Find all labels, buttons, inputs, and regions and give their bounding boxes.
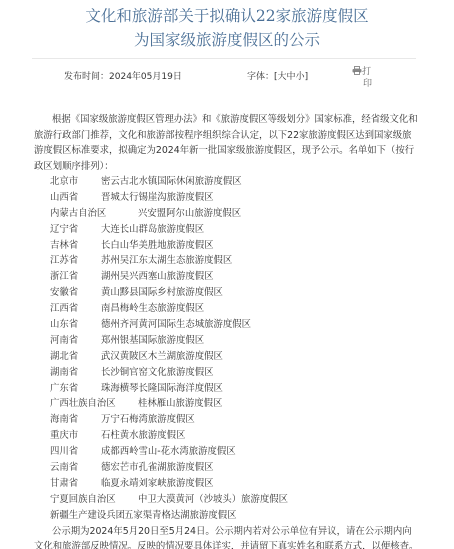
list-item: 吉林省长白山华美胜地旅游度假区 [50,238,420,254]
resort-name: 南昌梅岭生态旅游度假区 [101,303,204,314]
province: 安徽省 [50,285,101,301]
font-size-small-button[interactable]: 小 [296,72,305,82]
list-item: 甘肃省临夏永靖刘家峡旅游度假区 [50,476,420,492]
list-item: 山东省德州齐河黄河国际生态城旅游度假区 [50,317,420,333]
list-item: 云南省德宏芒市孔雀湖旅游度假区 [50,460,420,476]
province: 浙江省 [50,269,101,285]
province: 内蒙古自治区 [50,206,138,222]
list-item: 江苏省苏州吴江东太湖生态旅游度假区 [50,253,420,269]
printer-icon [352,66,362,75]
resort-name: 晋城太行锡崖沟旅游度假区 [101,192,214,203]
resort-name: 德州齐河黄河国际生态城旅游度假区 [101,319,251,330]
province: 吉林省 [50,238,101,254]
font-size-label: 字体： [247,72,274,82]
article-body: 根据《国家级旅游度假区管理办法》和《旅游度假区等级划分》国家标准，经省级文化和旅… [34,112,420,549]
bracket-close: ] [305,72,309,82]
resort-name: 郑州银基国际旅游度假区 [101,335,204,346]
province: 重庆市 [50,428,101,444]
list-item: 河南省郑州银基国际旅游度假区 [50,333,420,349]
list-item: 内蒙古自治区兴安盟阿尔山旅游度假区 [50,206,420,222]
province: 江苏省 [50,253,101,269]
resort-name: 万宁石梅湾旅游度假区 [101,414,195,425]
title-line-1: 文化和旅游部关于拟确认22家旅游度假区 [0,4,454,28]
list-item: 江西省南昌梅岭生态旅游度假区 [50,301,420,317]
list-item: 湖北省武汉黄陂区木兰湖旅游度假区 [50,349,420,365]
list-item: 安徽省黄山黟县国际乡村旅游度假区 [50,285,420,301]
publish-date-label: 发布时间： [64,72,109,82]
resort-name: 湖州吴兴西塞山旅游度假区 [101,271,214,282]
list-item: 宁夏回族自治区中卫大漠黄河（沙坡头）旅游度假区 [50,492,420,508]
print-label-2: 印 [363,79,372,89]
province: 广东省 [50,381,101,397]
province: 山东省 [50,317,101,333]
list-item: 湖南省长沙铜官窑文化旅游度假区 [50,365,420,381]
resort-name: 长白山华美胜地旅游度假区 [101,240,214,251]
list-item: 海南省万宁石梅湾旅游度假区 [50,412,420,428]
resort-name: 临夏永靖刘家峡旅游度假区 [101,478,214,489]
province: 新疆生产建设兵团 [50,508,124,524]
resort-name: 大连长山群岛旅游度假区 [101,224,204,235]
list-item: 广西壮族自治区桂林雁山旅游度假区 [50,396,420,412]
list-item: 辽宁省大连长山群岛旅游度假区 [50,222,420,238]
page-title: 文化和旅游部关于拟确认22家旅游度假区 为国家级旅游度假区的公示 [0,4,454,52]
province: 山西省 [50,190,101,206]
title-divider [32,58,416,59]
province: 河南省 [50,333,101,349]
title-line-2: 为国家级旅游度假区的公示 [0,28,454,52]
resort-name: 五家渠青格达湖旅游度假区 [124,510,237,521]
print-label-1: 打 [362,67,371,77]
province: 湖南省 [50,365,101,381]
list-item: 浙江省湖州吴兴西塞山旅游度假区 [50,269,420,285]
list-item: 山西省晋城太行锡崖沟旅游度假区 [50,190,420,206]
resort-name: 珠海横琴长隆国际海洋度假区 [101,383,223,394]
resort-name: 密云古北水镇国际休闲旅游度假区 [101,176,242,187]
province: 甘肃省 [50,476,101,492]
resort-name: 兴安盟阿尔山旅游度假区 [138,208,241,219]
font-size-medium-button[interactable]: 中 [287,72,296,82]
resort-name: 黄山黟县国际乡村旅游度假区 [101,287,223,298]
list-item: 重庆市石柱黄水旅游度假区 [50,428,420,444]
resort-name: 成都西岭雪山-花水湾旅游度假区 [101,446,236,457]
province: 海南省 [50,412,101,428]
province: 广西壮族自治区 [50,396,138,412]
resort-name: 中卫大漠黄河（沙坡头）旅游度假区 [138,494,288,505]
province: 湖北省 [50,349,101,365]
list-item: 广东省珠海横琴长隆国际海洋度假区 [50,381,420,397]
publish-date-value: 2024年05月19日 [109,72,182,82]
print-button[interactable]: 打 印 [352,66,376,90]
intro-paragraph: 根据《国家级旅游度假区管理办法》和《旅游度假区等级划分》国家标准，经省级文化和旅… [34,112,420,174]
province: 北京市 [50,174,101,190]
province: 宁夏回族自治区 [50,492,138,508]
resort-name: 桂林雁山旅游度假区 [138,398,222,409]
publish-date: 发布时间：2024年05月19日 [64,69,182,82]
resort-name: 石柱黄水旅游度假区 [101,430,185,441]
province: 四川省 [50,444,101,460]
footer-paragraph: 公示期为2024年5月20日至5月24日。公示期内若对公示单位有异议，请在公示期… [34,524,420,549]
list-item: 四川省成都西岭雪山-花水湾旅游度假区 [50,444,420,460]
resort-list: 北京市密云古北水镇国际休闲旅游度假区 山西省晋城太行锡崖沟旅游度假区 内蒙古自治… [50,174,420,524]
list-item: 北京市密云古北水镇国际休闲旅游度假区 [50,174,420,190]
province: 云南省 [50,460,101,476]
font-size-switcher: 字体：[大中小] [247,69,308,82]
province: 江西省 [50,301,101,317]
resort-name: 长沙铜官窑文化旅游度假区 [101,367,214,378]
province: 辽宁省 [50,222,101,238]
resort-name: 苏州吴江东太湖生态旅游度假区 [101,255,232,266]
resort-name: 德宏芒市孔雀湖旅游度假区 [101,462,214,473]
font-size-large-button[interactable]: 大 [278,72,287,82]
list-item: 新疆生产建设兵团五家渠青格达湖旅游度假区 [50,508,420,524]
resort-name: 武汉黄陂区木兰湖旅游度假区 [101,351,223,362]
article-meta: 发布时间：2024年05月19日 字体：[大中小] 打 印 [0,66,454,96]
